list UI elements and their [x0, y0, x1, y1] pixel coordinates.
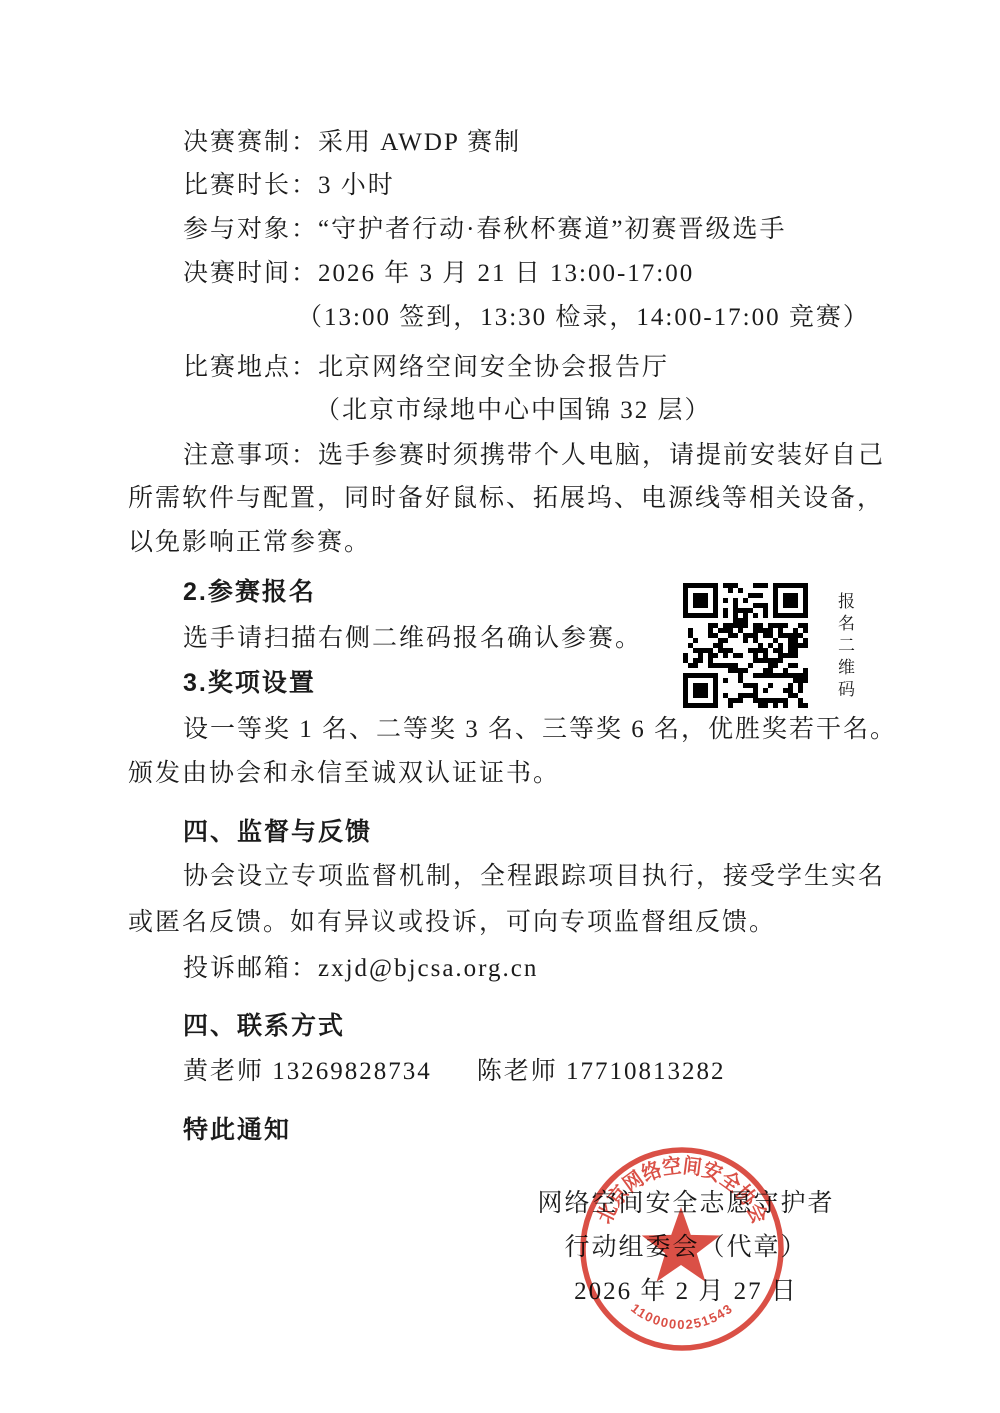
qr-code-label: 报名二维码	[833, 592, 855, 702]
contact-teacher-1: 黄老师 13269828734	[183, 1058, 432, 1085]
participants-line: 参与对象：“守护者行动·春秋杯赛道”初赛晋级选手	[183, 210, 787, 250]
location-detail-line: （北京市绿地中心中国锦 32 层）	[315, 391, 712, 431]
contact-heading: 四、联系方式	[183, 1006, 345, 1046]
duration-line: 比赛时长：3 小时	[183, 166, 395, 206]
supervision-heading: 四、监督与反馈	[183, 812, 372, 852]
complaint-email-line: 投诉邮箱：zxjd@bjcsa.org.cn	[183, 949, 538, 989]
registration-heading: 2.参赛报名	[183, 572, 316, 612]
contact-teacher-2: 陈老师 17710813282	[477, 1058, 726, 1085]
awards-line-1: 设一等奖 1 名、二等奖 3 名、三等奖 6 名，优胜奖若干名。	[183, 710, 897, 750]
contact-line: 黄老师 13269828734陈老师 17710813282	[183, 1052, 726, 1092]
signer-line-1: 网络空间安全志愿守护者	[501, 1184, 871, 1224]
final-time-line: 决赛时间：2026 年 3 月 21 日 13:00-17:00	[183, 254, 694, 294]
signer-line-2: 行动组委会（代章）	[501, 1228, 871, 1268]
notes-line-1: 注意事项：选手参赛时须携带个人电脑，请提前安装好自己	[183, 436, 885, 476]
supervision-line-2: 或匿名反馈。如有异议或投诉，可向专项监督组反馈。	[128, 903, 776, 943]
notes-line-2: 所需软件与配置，同时备好鼠标、拓展坞、电源线等相关设备，	[128, 479, 884, 519]
registration-qr-code-icon	[683, 583, 808, 708]
final-time-detail-line: （13:00 签到，13:30 检录，14:00-17:00 竞赛）	[297, 298, 870, 338]
awards-heading: 3.奖项设置	[183, 663, 316, 703]
awards-line-2: 颁发由协会和永信至诚双认证证书。	[128, 754, 560, 794]
supervision-line-1: 协会设立专项监督机制，全程跟踪项目执行，接受学生实名	[183, 857, 885, 897]
notes-line-3: 以免影响正常参赛。	[128, 523, 371, 563]
notice-document-page: 决赛赛制：采用 AWDP 赛制 比赛时长：3 小时 参与对象：“守护者行动·春秋…	[0, 0, 1000, 1413]
signature-date: 2026 年 2 月 27 日	[501, 1272, 871, 1312]
registration-body-line: 选手请扫描右侧二维码报名确认参赛。	[183, 619, 642, 659]
final-format-line: 决赛赛制：采用 AWDP 赛制	[183, 123, 521, 163]
location-line: 比赛地点：北京网络空间安全协会报告厅	[183, 348, 669, 388]
hereby-notice-line: 特此通知	[183, 1110, 291, 1150]
